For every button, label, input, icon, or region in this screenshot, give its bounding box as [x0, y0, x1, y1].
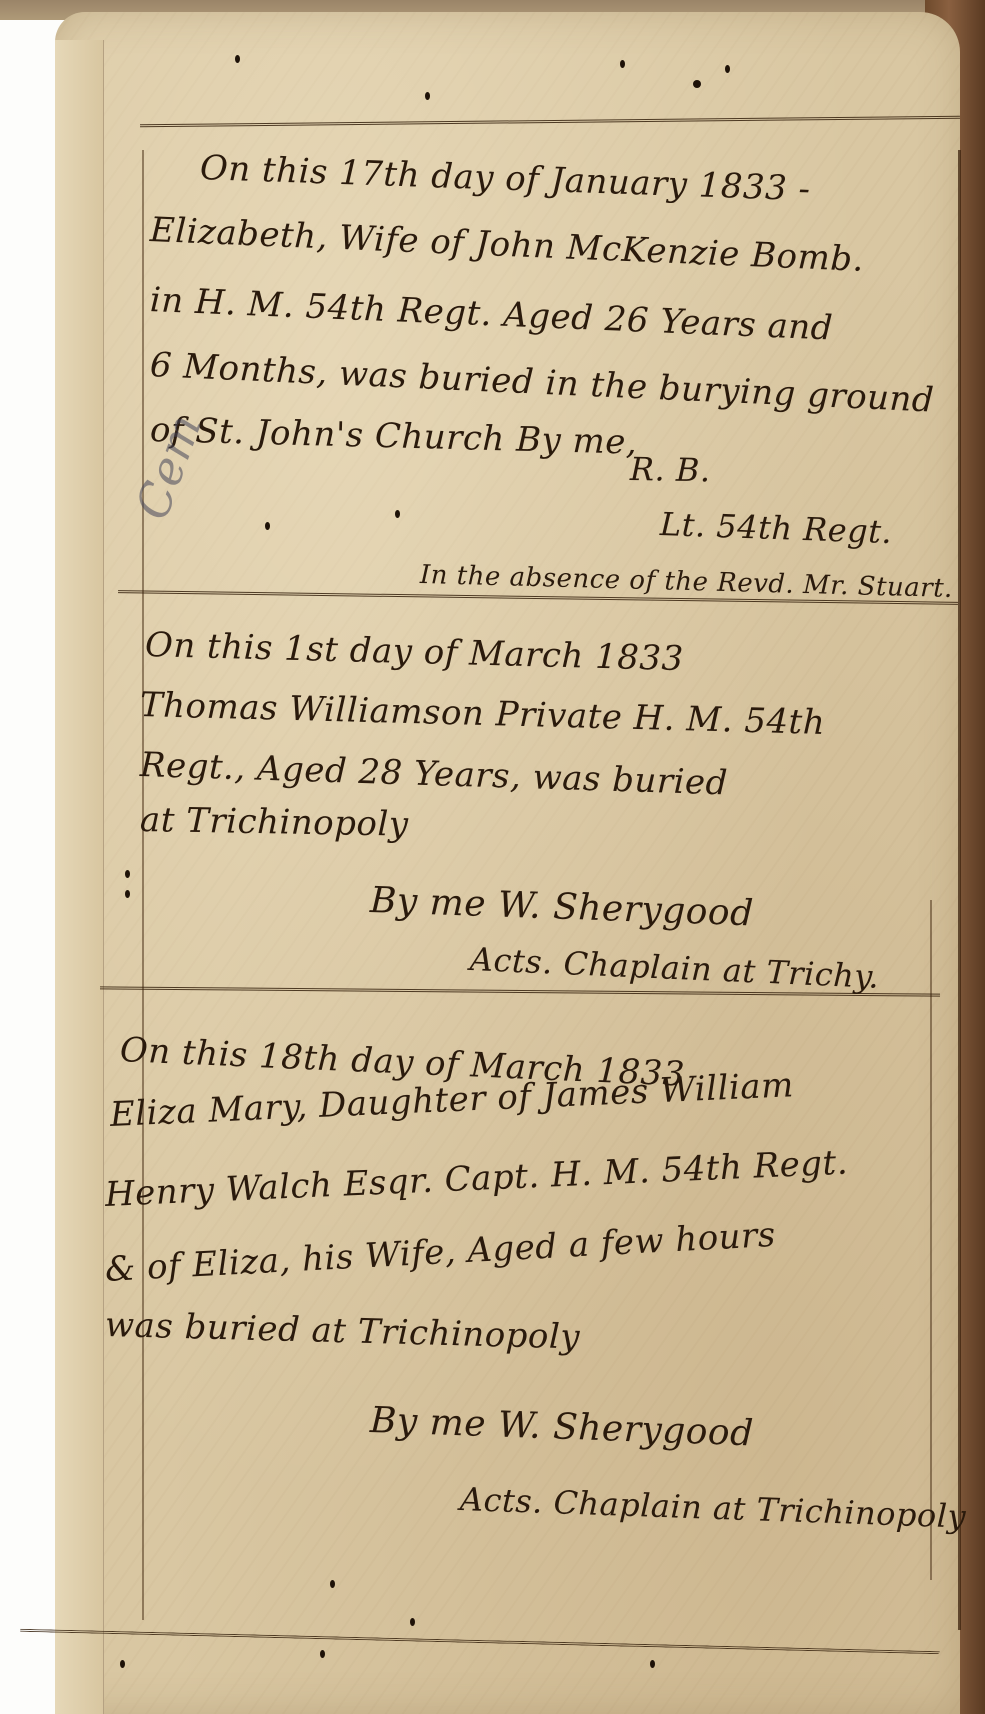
- ink-spot: [410, 1618, 415, 1626]
- ink-spot: [693, 80, 701, 88]
- entry-1-signature-rank: Lt. 54th Regt.: [659, 505, 893, 551]
- page-margin-strip: [55, 40, 104, 1714]
- frame-right-inner-rule: [930, 900, 932, 1580]
- ink-spot: [120, 1660, 125, 1668]
- ink-spot: [620, 60, 625, 68]
- frame-right-rule: [958, 150, 961, 1630]
- ink-spot: [425, 92, 430, 100]
- ink-spot: [320, 1650, 325, 1658]
- frame-left-rule: [142, 150, 144, 1620]
- ink-spot: [650, 1660, 655, 1668]
- ink-spot: [235, 55, 240, 63]
- ink-spot: [395, 510, 400, 518]
- entry-2-body-line-3: at Trichinopoly: [140, 800, 409, 845]
- ink-spot: [125, 890, 130, 898]
- ink-spot: [725, 65, 730, 73]
- ink-spot: [330, 1580, 335, 1588]
- ink-spot: [265, 522, 270, 530]
- entry-1-signature: R. B.: [630, 450, 711, 489]
- ink-spot: [125, 870, 130, 878]
